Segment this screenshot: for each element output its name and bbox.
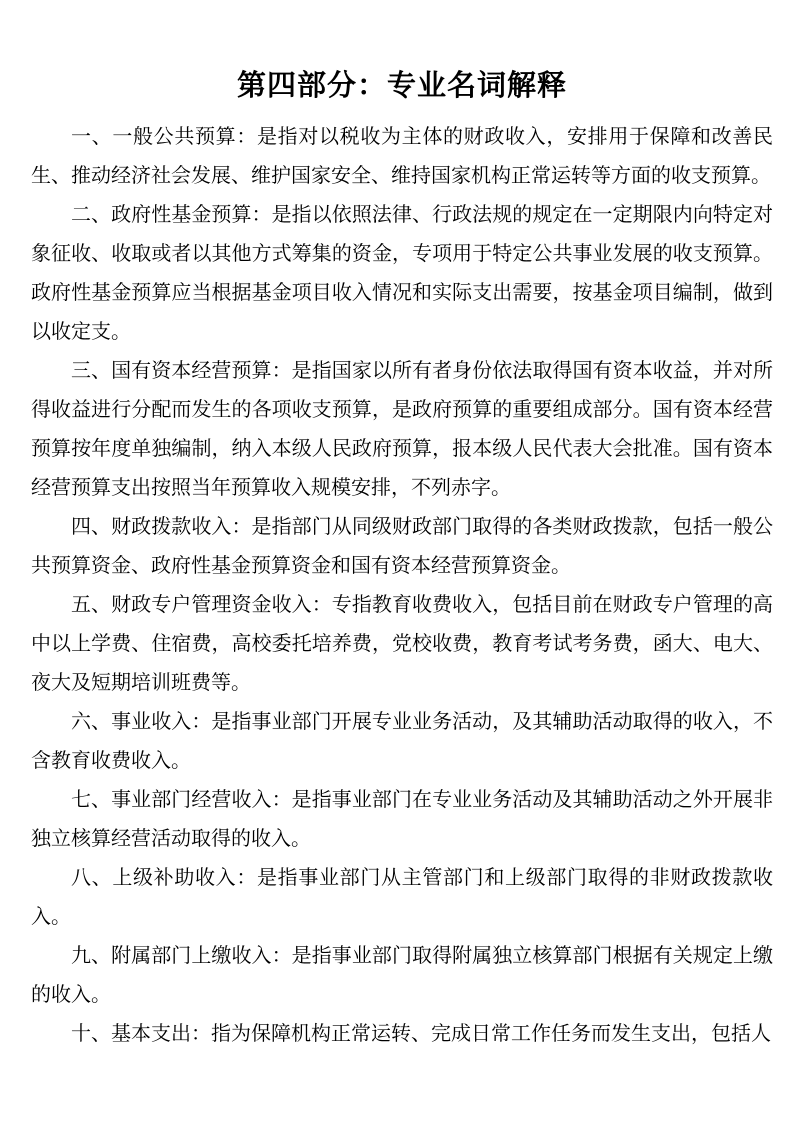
term-paragraph: 六、事业收入：是指事业部门开展专业业务活动，及其辅助活动取得的收入，不含教育收费… (31, 703, 773, 781)
document-body: 一、一般公共预算：是指对以税收为主体的财政收入，安排用于保障和改善民生、推动经济… (31, 118, 773, 1054)
term-name: 八、上级补助收入： (71, 867, 257, 889)
term-paragraph: 八、上级补助收入：是指事业部门从主管部门和上级部门取得的非财政拨款收入。 (31, 859, 773, 937)
term-name: 十、基本支出： (71, 1023, 211, 1045)
term-name: 五、财政专户管理资金收入： (71, 594, 332, 616)
term-name: 六、事业收入： (71, 711, 211, 733)
term-name: 七、事业部门经营收入： (71, 789, 292, 811)
term-paragraph: 四、财政拨款收入：是指部门从同级财政部门取得的各类财政拨款，包括一般公共预算资金… (31, 508, 773, 586)
term-paragraph: 二、政府性基金预算：是指以依照法律、行政法规的规定在一定期限内向特定对象征收、收… (31, 196, 773, 352)
term-paragraph: 七、事业部门经营收入：是指事业部门在专业业务活动及其辅助活动之外开展非独立核算经… (31, 781, 773, 859)
document-page: 第四部分：专业名词解释 一、一般公共预算：是指对以税收为主体的财政收入，安排用于… (0, 0, 793, 1122)
term-paragraph: 一、一般公共预算：是指对以税收为主体的财政收入，安排用于保障和改善民生、推动经济… (31, 118, 773, 196)
term-name: 九、附属部门上缴收入： (71, 945, 292, 967)
term-name: 三、国有资本经营预算： (71, 360, 292, 382)
term-paragraph: 三、国有资本经营预算：是指国家以所有者身份依法取得国有资本收益，并对所得收益进行… (31, 352, 773, 508)
page-title: 第四部分：专业名词解释 (31, 66, 773, 106)
term-name: 四、财政拨款收入： (71, 516, 252, 538)
term-definition: 指为保障机构正常运转、完成日常工作任务而发生支出，包括人 (211, 1023, 771, 1045)
term-name: 一、一般公共预算： (71, 126, 257, 148)
term-paragraph: 十、基本支出：指为保障机构正常运转、完成日常工作任务而发生支出，包括人 (31, 1015, 773, 1054)
term-name: 二、政府性基金预算： (71, 204, 272, 226)
term-paragraph: 五、财政专户管理资金收入：专指教育收费收入，包括目前在财政专户管理的高中以上学费… (31, 586, 773, 703)
term-paragraph: 九、附属部门上缴收入：是指事业部门取得附属独立核算部门根据有关规定上缴的收入。 (31, 937, 773, 1015)
